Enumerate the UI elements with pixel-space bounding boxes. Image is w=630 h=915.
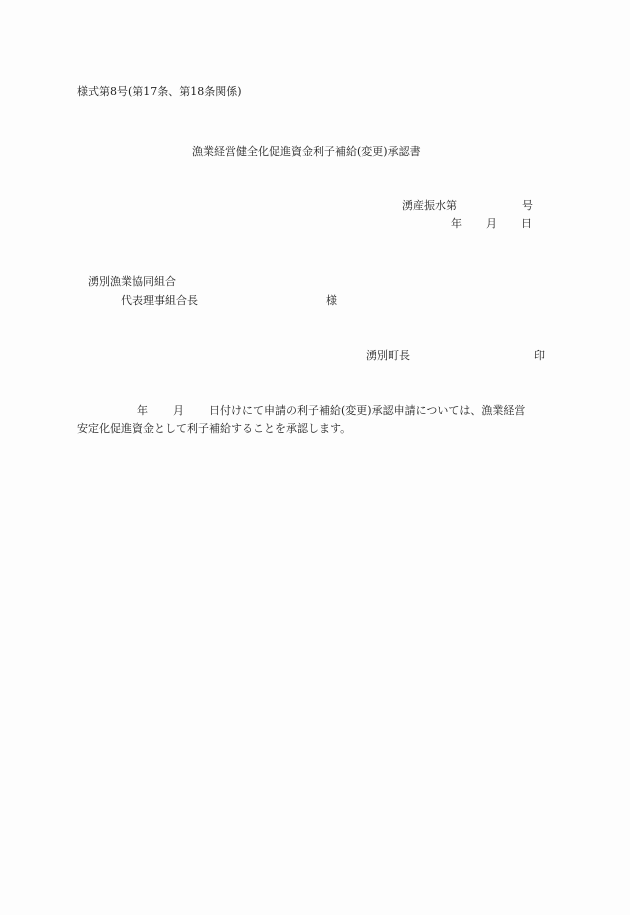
date-day-label: 日 (521, 217, 532, 231)
body-year-label: 年 (137, 404, 148, 418)
document-title: 漁業経営健全化促進資金利子補給(変更)承認書 (192, 145, 421, 159)
addressee-honorific: 様 (326, 294, 337, 308)
body-month-label: 月 (173, 404, 184, 418)
body-line2: 安定化促進資金として利子補給することを承認します。 (77, 422, 351, 436)
addressee-position: 代表理事組合長 (121, 294, 198, 308)
issuer-title: 湧別町長 (366, 349, 410, 363)
date-year-label: 年 (451, 217, 462, 231)
document-page: 様式第8号(第17条、第18条関係) 漁業経営健全化促進資金利子補給(変更)承認… (0, 0, 630, 915)
issuer-seal: 印 (534, 349, 545, 363)
addressee-organization: 湧別漁業協同組合 (88, 275, 176, 289)
reference-suffix: 号 (522, 199, 533, 213)
body-line1: 日付けにて申請の利子補給(変更)承認申請については、漁業経営 (209, 404, 525, 418)
date-month-label: 月 (486, 217, 497, 231)
form-number: 様式第8号(第17条、第18条関係) (77, 85, 242, 99)
reference-prefix: 湧産振水第 (402, 199, 457, 213)
